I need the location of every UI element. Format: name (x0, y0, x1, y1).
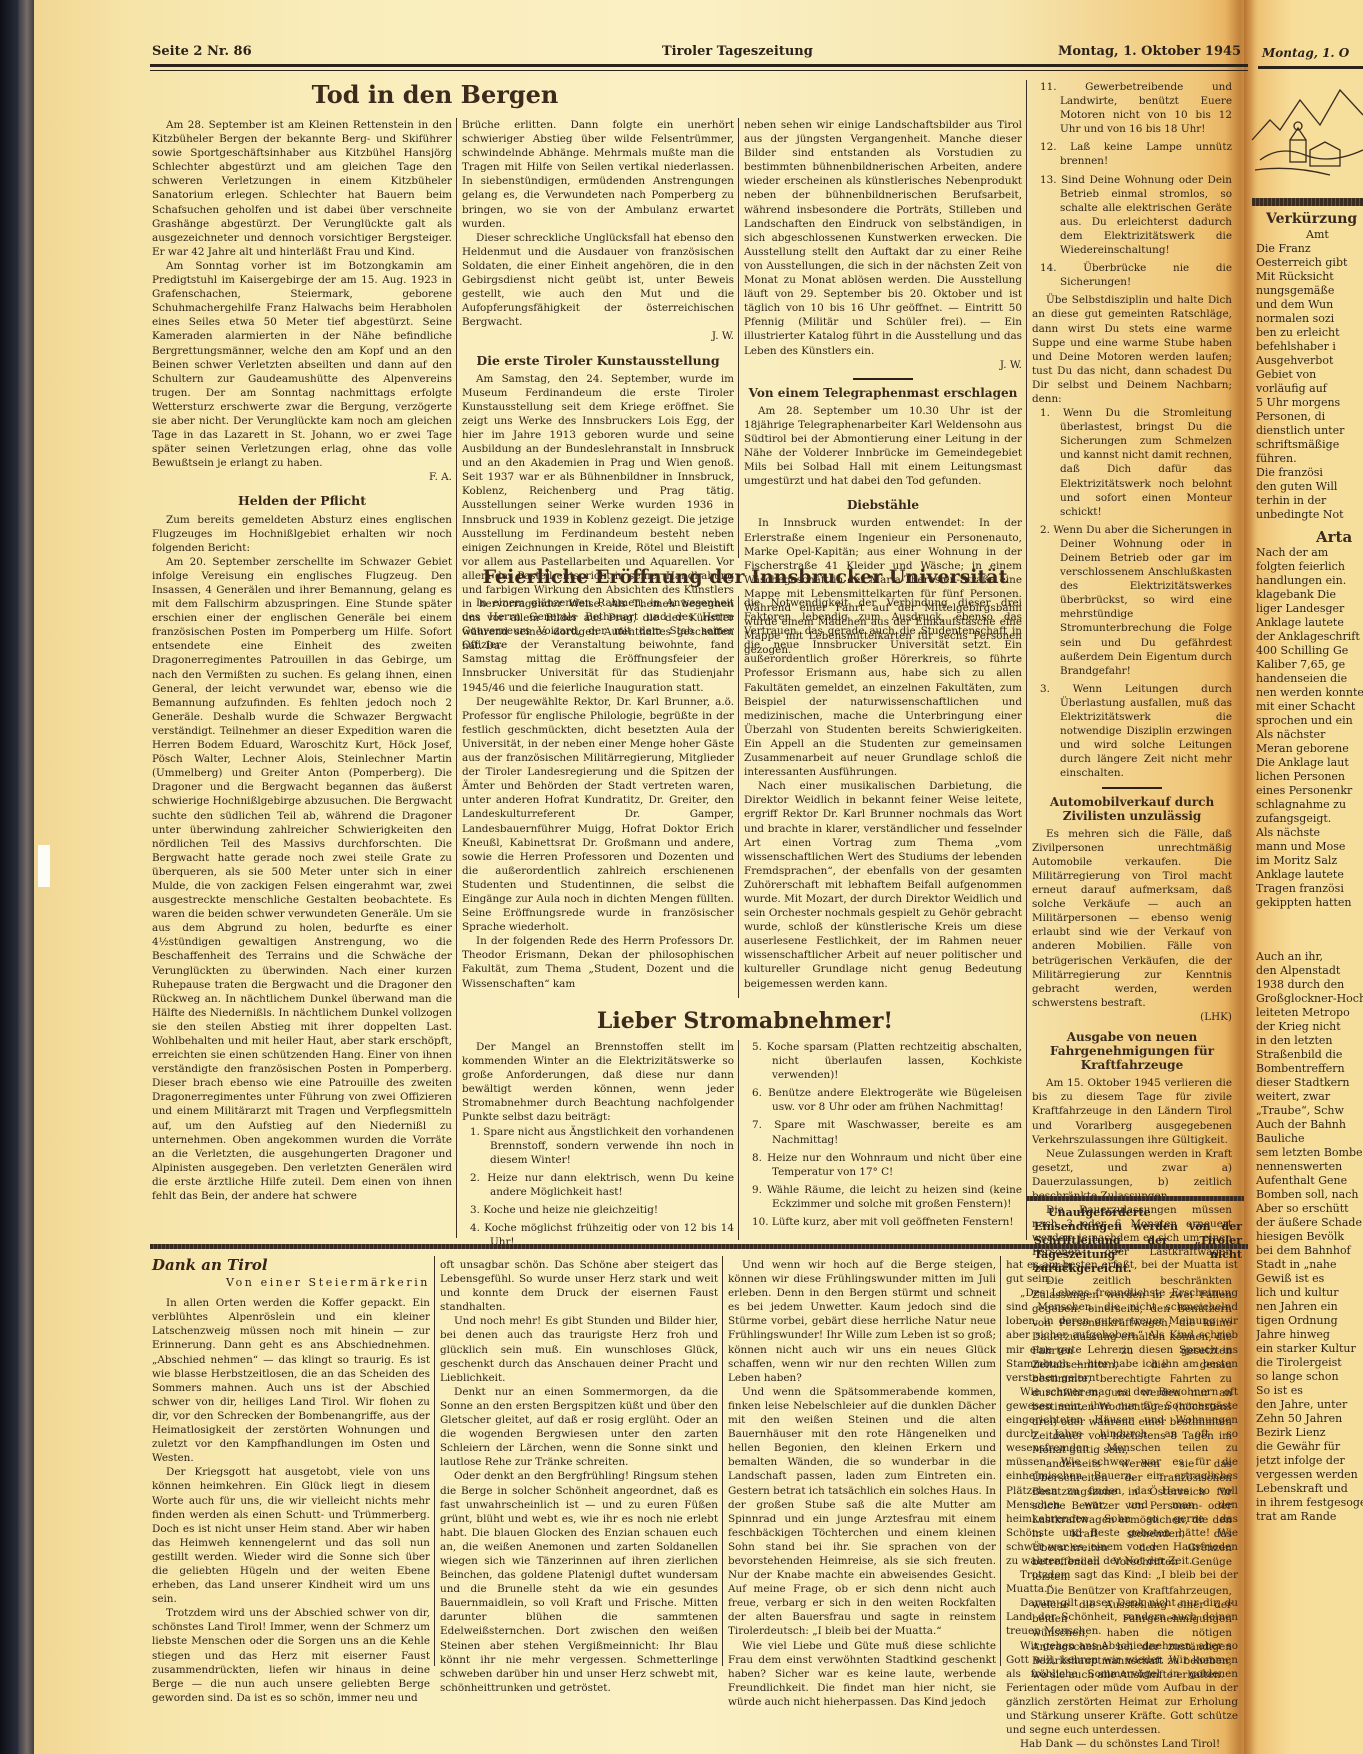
next-page-article: Verkürzung Amt Die FranzOesterreich gibt… (1256, 212, 1363, 1524)
text-line: nennenswerten (1256, 1160, 1363, 1174)
text-line: Stadt in „nahe (1256, 1258, 1363, 1272)
paragraph: Wir gehen ans Abschiednehmen, aber so Go… (1006, 1639, 1238, 1738)
text-line: der äußere Schade (1256, 1216, 1363, 1230)
list-item: 13. Sind Deine Wohnung oder Dein Betrieb… (1060, 173, 1232, 258)
article-title-diebstaehle: Diebstähle (744, 498, 1022, 512)
tips-list-c: 11. Gewerbetreibende und Landwirte, benü… (1032, 80, 1232, 289)
text-line: befehlshaber i (1256, 340, 1363, 354)
text-line: Lebenskraft und (1256, 1482, 1363, 1496)
text-line: normalen sozi (1256, 312, 1363, 326)
article-title-helden: Helden der Pflicht (152, 494, 452, 508)
next-page-lines-2: Nach der amfolgten feierlichhandlungen e… (1256, 546, 1363, 910)
column-rule (434, 1256, 435, 1666)
text-line: handlungen ein. (1256, 574, 1363, 588)
text-line: im Moritz Salz (1256, 854, 1363, 868)
signature: J. W. (462, 329, 734, 343)
paragraph: In der folgenden Rede des Herrn Professo… (462, 934, 734, 990)
text-line: mit einer Schacht (1256, 700, 1363, 714)
text-line: den Jahre, unter (1256, 1398, 1363, 1412)
text-line: nen Jahren ein (1256, 1300, 1363, 1314)
article-title-dank: Dank an Tirol (152, 1258, 430, 1272)
text-line: Anklage lautete (1256, 616, 1363, 630)
paragraph: Darum gilt unser Dank nicht nur dir, du … (1006, 1596, 1238, 1638)
notice-rule-top (1026, 1196, 1244, 1201)
next-page-bar (1252, 198, 1363, 206)
paragraph: Wie viel Liebe und Güte muß diese schlic… (728, 1639, 996, 1709)
text-line: 400 Schilling Ge (1256, 644, 1363, 658)
header-rule (150, 64, 1248, 67)
text-line: Die Franz (1256, 242, 1363, 256)
list-item: 12. Laß keine Lampe unnütz brennen! (1060, 140, 1232, 168)
text-line: So ist es (1256, 1384, 1363, 1398)
text-line: der Anklageschrift (1256, 630, 1363, 644)
article-strom-col2: 5. Koche sparsam (Platten rechtzeitig ab… (744, 1040, 1022, 1233)
text-line: leiteten Metropo (1256, 1006, 1363, 1020)
text-line: in den letzten (1256, 1034, 1363, 1048)
list-item: 3. Wenn Leitungen durch Überlastung ausf… (1060, 682, 1232, 781)
text-line: Die Anklage laut (1256, 756, 1363, 770)
issue-date: Montag, 1. Oktober 1945 (1058, 44, 1241, 59)
text-line: Aufenthalt Gene (1256, 1174, 1363, 1188)
text-line: trat am Rande (1256, 1510, 1363, 1524)
text-line: handenseien die (1256, 672, 1363, 686)
paragraph: Nach einer musikalischen Darbietung, die… (744, 779, 1022, 990)
text-line: die Gewähr für (1256, 1440, 1363, 1454)
byline: Von einer Steiermärkerin (152, 1276, 430, 1290)
text-line: in ihrem festgesogen (1256, 1496, 1363, 1510)
article-dank-col4: hat es am besten erfaßt, bei der Muatta … (1006, 1258, 1238, 1751)
text-line: sprochen und ein (1256, 714, 1363, 728)
paragraph: Der Mangel an Brennstoffen stellt im kom… (462, 1040, 734, 1125)
article-dank-col1: Dank an Tirol Von einer Steiermärkerin I… (152, 1258, 430, 1705)
text-line: ben zu erleicht (1256, 326, 1363, 340)
text-line: klagebank Die (1256, 588, 1363, 602)
text-line: nungsgemäße (1256, 284, 1363, 298)
text-line: führen. (1256, 452, 1363, 466)
section-divider (150, 1244, 1248, 1249)
text-line: Meran geborene (1256, 742, 1363, 756)
text-line: Straßenbild die (1256, 1048, 1363, 1062)
list-item: 1. Spare nicht aus Ängstlichkeit den vor… (490, 1125, 734, 1167)
paragraph: Neue Zulassungen werden in Kraft gesetzt… (1032, 1147, 1232, 1203)
text-line: Personen, di (1256, 410, 1363, 424)
text-line: nen werden konnten (1256, 686, 1363, 700)
next-page-title-2: Arta (1316, 530, 1363, 544)
paragraph: Und noch mehr! Es gibt Stunden und Bilde… (440, 1314, 718, 1384)
text-line: Gebiet von (1256, 368, 1363, 382)
text-line: schlagnahme zu (1256, 798, 1363, 812)
paper-name: Tiroler Tageszeitung (662, 44, 813, 59)
paragraph: Oder denkt an den Bergfrühling! Ringsum … (440, 1469, 718, 1695)
text-line: so lange schon (1256, 1370, 1363, 1384)
closing: Hab Dank — du schönstes Land Tirol! (1006, 1737, 1238, 1751)
text-line: unbedingte Not (1256, 508, 1363, 522)
text-line: ein starker Kultur (1256, 1342, 1363, 1356)
text-line: den guten Will (1256, 480, 1363, 494)
text-line: schriftsmäßige (1256, 438, 1363, 452)
article-uni-col1: In einem glänzenden Rahmen, in Anwesenhe… (462, 596, 734, 991)
list-item: 3. Koche und heize nie gleichzeitig! (490, 1203, 734, 1217)
paragraph: Trotzdem wird uns der Abschied schwer vo… (152, 1606, 430, 1705)
paragraph: Übe Selbstdisziplin und halte Dich an di… (1032, 293, 1232, 406)
column-rule (738, 118, 739, 558)
text-line: Bombentreffern (1256, 1062, 1363, 1076)
text-line: Als nächste (1256, 826, 1363, 840)
text-line: Jahre hinweg (1256, 1328, 1363, 1342)
column-rule (1026, 80, 1027, 1240)
paragraph: Wie schwer mag es den Bewohnern oft gewe… (1006, 1385, 1238, 1568)
paragraph: Zum bereits gemeldeten Absturz eines eng… (152, 513, 452, 555)
paragraph: Und wenn die Spätsommerabende kommen, fi… (728, 1385, 996, 1639)
text-line: Bauliche (1256, 1132, 1363, 1146)
separator (1102, 787, 1162, 789)
tips-list-b: 5. Koche sparsam (Platten rechtzeitig ab… (744, 1040, 1022, 1229)
paragraph: Am 28. September um 10.30 Uhr ist der 18… (744, 404, 1022, 489)
paragraph: Denkt nur an einen Sommermorgen, da die … (440, 1385, 718, 1470)
signature: (LHK) (1032, 1010, 1232, 1024)
text-line: 5 Uhr morgens (1256, 396, 1363, 410)
article-title-kunst: Die erste Tiroler Kunstausstellung (462, 354, 734, 368)
paragraph: Am 20. September zerschellte im Schwazer… (152, 555, 452, 1203)
list-item: 7. Spare mit Waschwasser, bereite es am … (772, 1118, 1022, 1146)
list-item: 8. Heize nur den Wohnraum und nicht über… (772, 1151, 1022, 1179)
text-line: „Traube“, Schw (1256, 1104, 1363, 1118)
text-line: Als nächster (1256, 728, 1363, 742)
header-rule-thin (150, 70, 1248, 71)
list-item: 14. Überbrücke nie die Sicherungen! (1060, 261, 1232, 289)
paragraph: Es mehren sich die Fälle, daß Zivilperso… (1032, 827, 1232, 1010)
text-line: dienstlich unter (1256, 424, 1363, 438)
paragraph: oft unsagbar schön. Das Schöne aber stei… (440, 1258, 718, 1314)
text-line: Tragen französi (1256, 882, 1363, 896)
text-line: Großglockner-Hoch (1256, 992, 1363, 1006)
paragraph: die Notwendigkeit der Verbindung dieser … (744, 596, 1022, 779)
text-line: Anklage lautete (1256, 868, 1363, 882)
paragraph: In allen Orten werden die Koffer gepackt… (152, 1296, 430, 1465)
next-page-date: Montag, 1. O (1262, 46, 1349, 60)
paper-tab (38, 845, 50, 887)
paragraph: Trotzdem sagt das Kind: „I bleib bei der… (1006, 1568, 1238, 1596)
paragraph: Der Kriegsgott hat ausgetobt, viele von … (152, 1465, 430, 1606)
text-line: Oesterreich gibt (1256, 256, 1363, 270)
paragraph: Am 15. Oktober 1945 verlieren die bis zu… (1032, 1076, 1232, 1146)
article-title-tod: Tod in den Bergen (150, 80, 720, 109)
text-line: jetzt infolge der (1256, 1454, 1363, 1468)
list-item: 2. Heize nur dann elektrisch, wenn Du ke… (490, 1171, 734, 1199)
article-title-fahrgen: Ausgabe von neuen Fahrgenehmigungen für … (1032, 1030, 1232, 1072)
text-line: Auch an ihr, (1256, 950, 1363, 964)
text-line: vorläufig auf (1256, 382, 1363, 396)
text-line: eines Personenkr (1256, 784, 1363, 798)
list-item: 11. Gewerbetreibende und Landwirte, benü… (1060, 80, 1232, 136)
text-line: Bezirk Lienz (1256, 1426, 1363, 1440)
text-line: terhin in der (1256, 494, 1363, 508)
text-line: Aber so erschütt (1256, 1202, 1363, 1216)
text-line: weitert, zwar (1256, 1090, 1363, 1104)
column-rule (1000, 1256, 1001, 1666)
text-line: und dem Wun (1256, 298, 1363, 312)
text-line: Zehn 50 Jahren (1256, 1412, 1363, 1426)
article-title-strom: Lieber Stromabnehmer! (460, 1008, 1030, 1034)
text-line: sem letzten Bombe (1256, 1146, 1363, 1160)
paragraph: Der neugewählte Rektor, Dr. Karl Brunner… (462, 695, 734, 935)
article-strom-col1: Der Mangel an Brennstoffen stellt im kom… (462, 1040, 734, 1253)
text-line: lich und kultur (1256, 1286, 1363, 1300)
next-page-subtitle: Amt (1306, 228, 1363, 242)
separator (853, 378, 913, 380)
text-line: tigen Ordnung (1256, 1314, 1363, 1328)
text-line: dieser Stadtkern (1256, 1076, 1363, 1090)
signature: F. A. (152, 470, 452, 484)
column-rule (738, 1040, 739, 1240)
text-line: 1938 durch den (1256, 978, 1363, 992)
text-line: hiesigen Bevölk (1256, 1230, 1363, 1244)
text-line: Mit Rücksicht (1256, 270, 1363, 284)
list-item: 2. Wenn Du aber die Sicherungen in Deine… (1060, 523, 1232, 678)
list-item: 1. Wenn Du die Stromleitung überlastest,… (1060, 406, 1232, 519)
text-line: liger Landesger (1256, 602, 1363, 616)
paragraph: Am Sonntag vorher ist im Botzongkamin am… (152, 259, 452, 470)
text-line: die Tirolergeist (1256, 1356, 1363, 1370)
text-line: den Alpenstadt (1256, 964, 1363, 978)
text-line: gekippten hatten (1256, 896, 1363, 910)
list-item: 6. Benütze andere Elektrogeräte wie Büge… (772, 1086, 1022, 1114)
next-page-title: Verkürzung (1266, 212, 1363, 226)
paragraph: In einem glänzenden Rahmen, in Anwesenhe… (462, 596, 734, 695)
next-page-lines-3: Auch an ihr,den Alpenstadt1938 durch den… (1256, 950, 1363, 1524)
list-item: 9. Wähle Räume, die leicht zu heizen sin… (772, 1183, 1022, 1211)
text-line: Gewiß ist es (1256, 1272, 1363, 1286)
page-label: Seite 2 Nr. 86 (152, 44, 252, 59)
mountain-village-illustration (1250, 70, 1363, 190)
paragraph: neben sehen wir einige Landschaftsbilder… (744, 118, 1022, 358)
article-dank-col2: oft unsagbar schön. Das Schöne aber stei… (440, 1258, 718, 1695)
column-rule (456, 118, 457, 1238)
text-line: folgten feierlich (1256, 560, 1363, 574)
signature: J. W. (744, 358, 1022, 372)
paragraph: Am 28. September ist am Kleinen Rettenst… (152, 118, 452, 259)
article-dank-col3: Und wenn wir hoch auf die Berge steigen,… (728, 1258, 996, 1709)
text-line: lichen Personen (1256, 770, 1363, 784)
paragraph: Dieser schreckliche Unglücksfall hat ebe… (462, 231, 734, 330)
list-item: 5. Koche sparsam (Platten rechtzeitig ab… (772, 1040, 1022, 1082)
column-rule (722, 1256, 723, 1666)
tips-list-a: 1. Spare nicht aus Ängstlichkeit den vor… (462, 1125, 734, 1250)
text-line: zufangsgeigt. (1256, 812, 1363, 826)
article-uni-col2: die Notwendigkeit der Verbindung dieser … (744, 596, 1022, 991)
paragraph: Brüche erlitten. Dann folgte ein unerhör… (462, 118, 734, 231)
consequences-list: 1. Wenn Du die Stromleitung überlastest,… (1032, 406, 1232, 780)
article-title-uni: Feierliche Eröffnung der Innsbrucker Uni… (460, 566, 1030, 588)
paragraph: hat es am besten erfaßt, bei der Muatta … (1006, 1258, 1238, 1286)
column-rule (738, 596, 739, 998)
text-line: mann und Mose (1256, 840, 1363, 854)
text-line: vergessen werden (1256, 1468, 1363, 1482)
article-title-telegraph: Von einem Telegraphenmast erschlagen (744, 386, 1022, 400)
text-line: Ausgehverbot (1256, 354, 1363, 368)
text-line: bei dem Bahnhof (1256, 1244, 1363, 1258)
text-line: Bomben soll, nach (1256, 1188, 1363, 1202)
text-line: Nach der am (1256, 546, 1363, 560)
text-line: Die französi (1256, 466, 1363, 480)
list-item: 10. Lüfte kurz, aber mit voll geöffneten… (772, 1215, 1022, 1229)
paragraph: „Des Lebens freundlichste Erscheinung si… (1006, 1286, 1238, 1385)
article-tod-col1: Am 28. September ist am Kleinen Rettenst… (152, 118, 452, 1203)
next-page-lines: Die FranzOesterreich gibtMit Rücksichtnu… (1256, 242, 1363, 522)
text-line: Auch der Bahnh (1256, 1118, 1363, 1132)
article-title-auto: Automobilverkauf durch Zivilisten unzulä… (1032, 795, 1232, 823)
paragraph: Und wenn wir hoch auf die Berge steigen,… (728, 1258, 996, 1385)
text-line: der Krieg nicht (1256, 1020, 1363, 1034)
text-line: Kaliber 7,65, ge (1256, 658, 1363, 672)
next-page-rule (1258, 66, 1363, 69)
